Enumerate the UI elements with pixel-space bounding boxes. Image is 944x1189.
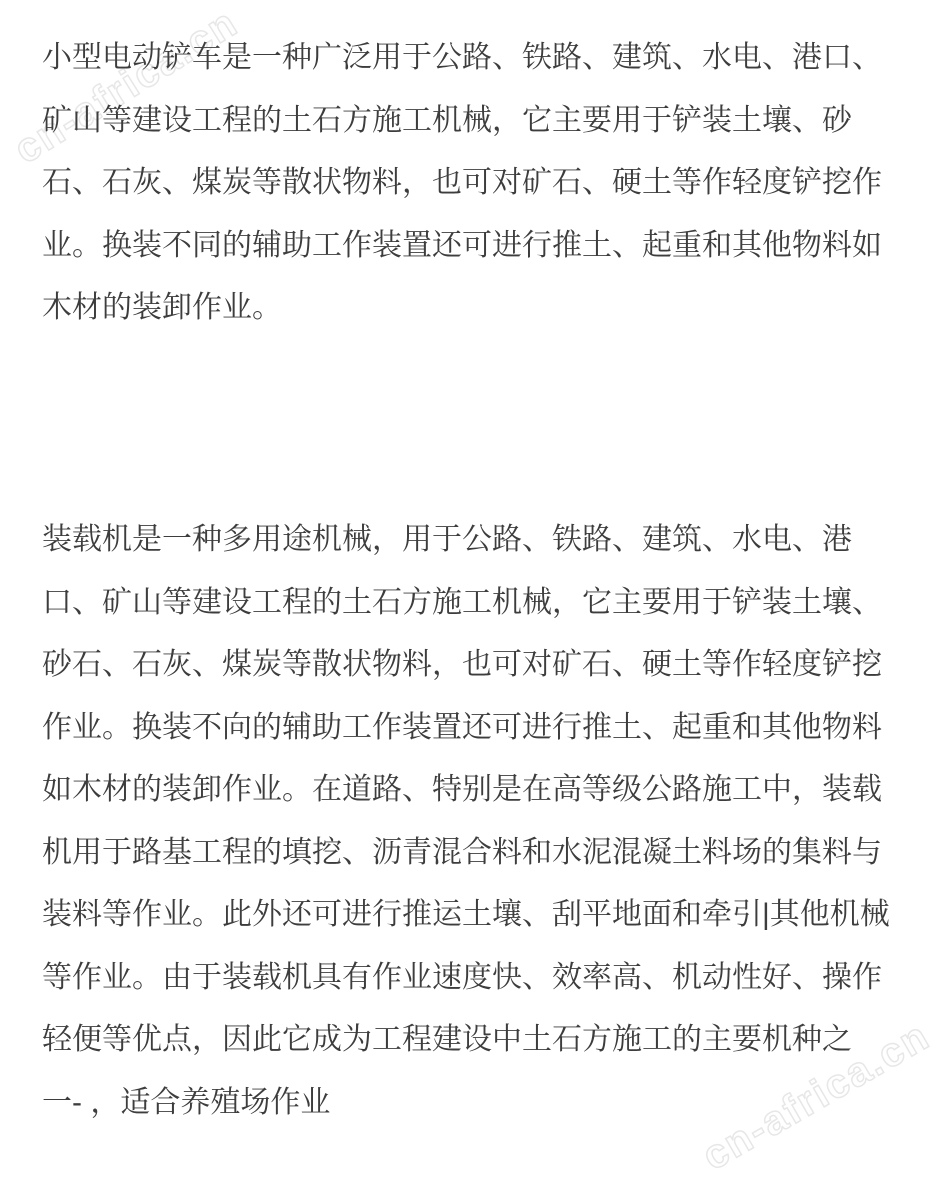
text-line: 装载机是一种多用途机械，用于公路、铁路、建筑、水电、港: [42, 509, 890, 572]
text-line: 轻便等优点，因此它成为工程建设中土石方施工的主要机种之: [42, 1009, 890, 1072]
paragraph-loader-description: 装载机是一种多用途机械，用于公路、铁路、建筑、水电、港口、矿山等建设工程的土石方…: [42, 509, 890, 1134]
text-line: 木材的装卸作业。: [42, 277, 882, 340]
text-line: 砂石、石灰、煤炭等散状物料，也可对矿石、硬土等作轻度铲挖: [42, 634, 890, 697]
text-line: 矿山等建设工程的土石方施工机械，它主要用于铲装土壤、砂: [42, 90, 882, 153]
text-line: 业。换装不同的辅助工作装置还可进行推土、起重和其他物料如: [42, 215, 882, 278]
paragraph-small-electric-loader: 小型电动铲车是一种广泛用于公路、铁路、建筑、水电、港口、矿山等建设工程的土石方施…: [42, 27, 882, 340]
text-line: 等作业。由于装载机具有作业速度快、效率高、机动性好、操作: [42, 947, 890, 1010]
text-line: 机用于路基工程的填挖、沥青混合料和水泥混凝土料场的集料与: [42, 822, 890, 885]
text-line: 如木材的装卸作业。在道路、特别是在高等级公路施工中，装载: [42, 759, 890, 822]
text-line: 作业。换装不向的辅助工作装置还可进行推土、起重和其他物料: [42, 697, 890, 760]
article-page: cn-africa.cn cn-africa.cn 小型电动铲车是一种广泛用于公…: [0, 0, 944, 1189]
text-line: 口、矿山等建设工程的土石方施工机械，它主要用于铲装土壤、: [42, 572, 890, 635]
text-line: 小型电动铲车是一种广泛用于公路、铁路、建筑、水电、港口、: [42, 27, 882, 90]
text-line: 一- ，适合养殖场作业: [42, 1072, 890, 1135]
text-line: 石、石灰、煤炭等散状物料，也可对矿石、硬土等作轻度铲挖作: [42, 152, 882, 215]
text-line: 装料等作业。此外还可进行推运土壤、刮平地面和牵引|其他机械: [42, 884, 890, 947]
